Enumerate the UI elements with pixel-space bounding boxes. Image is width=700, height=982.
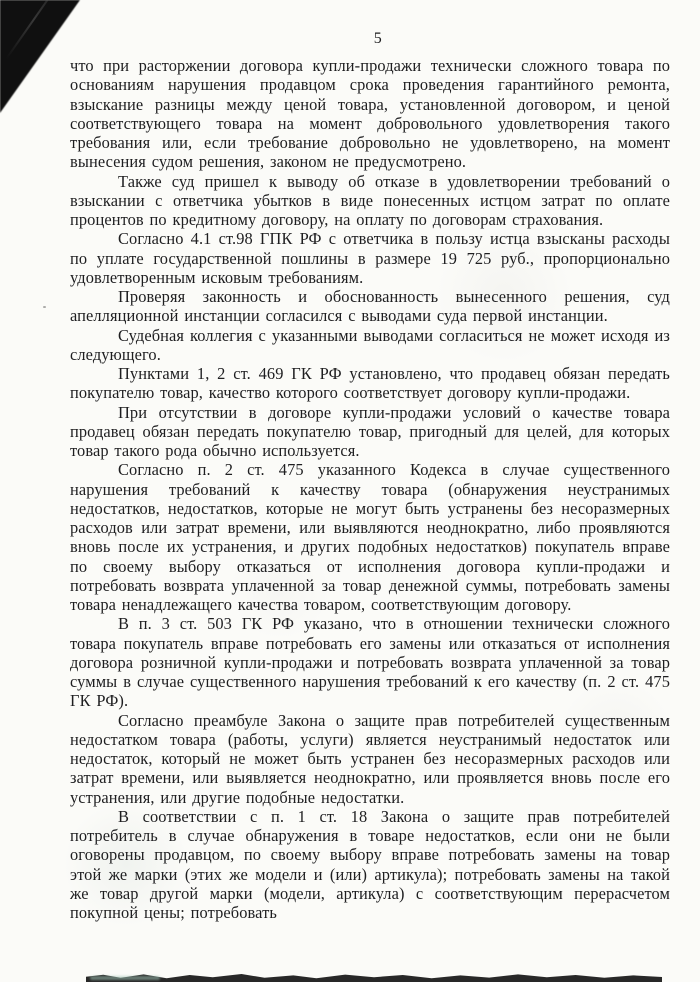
paragraph: что при расторжении договора купли-прода… bbox=[70, 56, 670, 172]
paragraph: Согласно п. 2 ст. 475 указанного Кодекса… bbox=[70, 460, 670, 614]
scan-smudge bbox=[90, 976, 160, 980]
scanned-page: 5 что при расторжении договора купли-про… bbox=[0, 0, 700, 982]
paragraph: Согласно преамбуле Закона о защите прав … bbox=[70, 711, 670, 807]
scan-edge-artifact bbox=[86, 972, 662, 982]
paragraph: Судебная коллегия с указанными выводами … bbox=[70, 326, 670, 365]
scan-dust-speck bbox=[174, 294, 176, 296]
paragraph: Согласно 4.1 ст.98 ГПК РФ с ответчика в … bbox=[70, 229, 670, 287]
paragraph: Также суд пришел к выводу об отказе в уд… bbox=[70, 172, 670, 230]
scan-dust-speck bbox=[43, 306, 46, 308]
paragraph: Пунктами 1, 2 ст. 469 ГК РФ установлено,… bbox=[70, 364, 670, 403]
paragraph: В соответствии с п. 1 ст. 18 Закона о за… bbox=[70, 807, 670, 923]
paragraph: Проверяя законность и обоснованность вын… bbox=[70, 287, 670, 326]
paragraph: При отсутствии в договоре купли-продажи … bbox=[70, 403, 670, 461]
document-body: что при расторжении договора купли-прода… bbox=[70, 56, 670, 922]
page-number: 5 bbox=[70, 30, 686, 48]
page-corner-fold bbox=[0, 0, 80, 113]
paragraph: В п. 3 ст. 503 ГК РФ указано, что в отно… bbox=[70, 614, 670, 710]
